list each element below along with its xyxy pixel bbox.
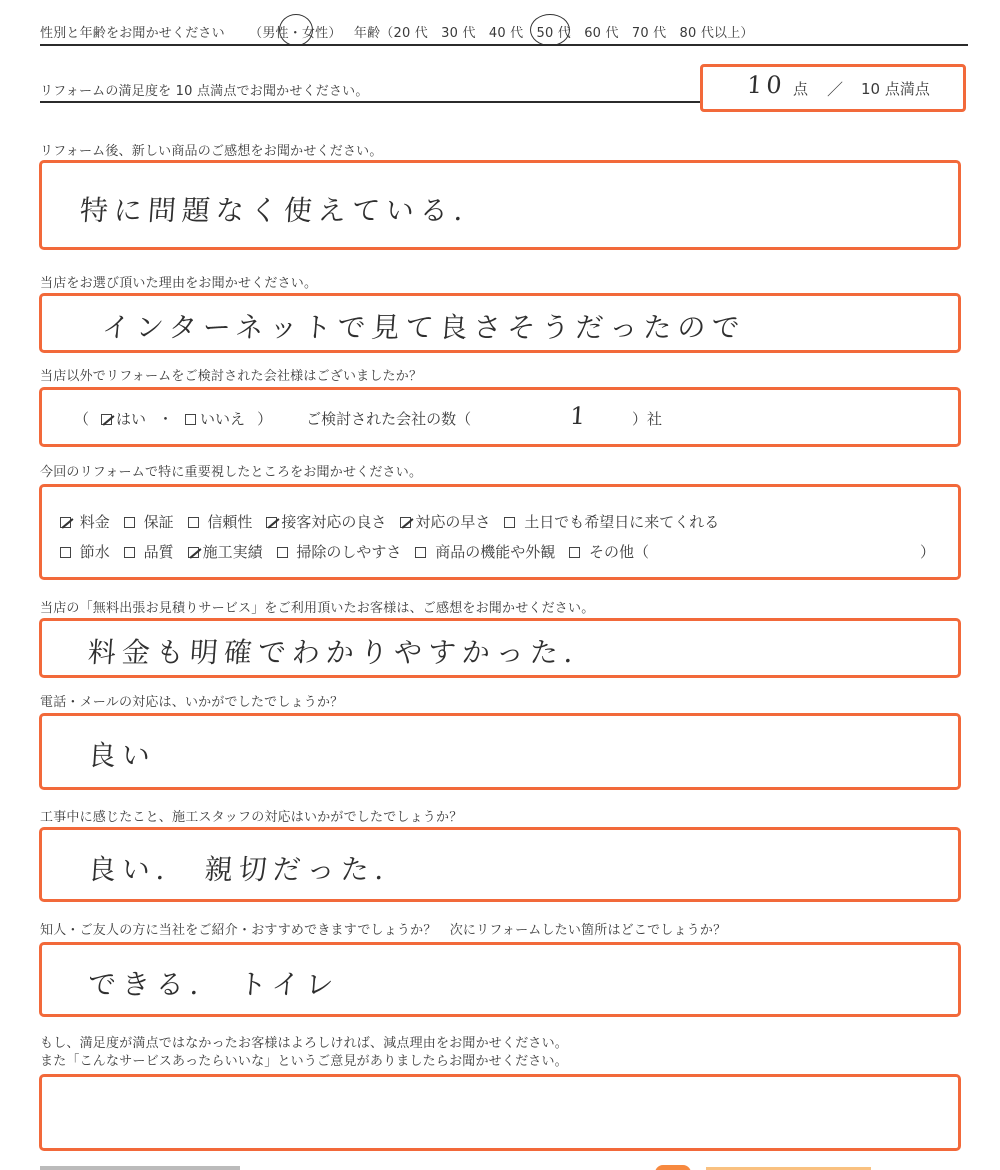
gender-selected-circle	[279, 14, 313, 46]
priority-option[interactable]: 接客対応の良さ	[266, 511, 386, 532]
other-close-paren: ）	[920, 541, 935, 562]
company-count-label: ご検討された会社の数（	[306, 408, 471, 429]
construction-label: 工事中に感じたこと、施工スタッフの対応はいかがでしたでしょうか？	[40, 806, 462, 825]
reason-label: 当店をお選び頂いた理由をお聞かせください。	[40, 272, 317, 291]
no-option[interactable]: いいえ	[185, 408, 245, 429]
priority-option[interactable]: 保証	[124, 511, 174, 532]
contact-answer: 良い	[87, 734, 158, 774]
gender-age-label: 性別と年齢をお聞かせください	[40, 26, 225, 41]
construction-answer: 良い. 親切だった.	[87, 848, 392, 888]
recommend-answer-box[interactable]: できる. トイレ	[39, 942, 961, 1017]
priorities-label: 今回のリフォームで特に重要視したところをお聞かせください。	[40, 461, 422, 480]
reason-answer: インターネットで見て良さそうだったので	[101, 306, 747, 346]
company-count-suffix: ）社	[632, 408, 662, 429]
checkbox[interactable]	[569, 547, 580, 558]
construction-answer-box[interactable]: 良い. 親切だった.	[39, 827, 961, 902]
checkbox[interactable]	[277, 547, 288, 558]
impression-answer-box[interactable]: 特に問題なく使えている.	[39, 160, 961, 250]
score-unit: 点	[793, 78, 808, 99]
checkbox[interactable]	[124, 517, 135, 528]
priority-option[interactable]: 商品の機能や外観	[415, 541, 555, 562]
satisfaction-label: リフォームの満足度を 10 点満点でお聞かせください。	[40, 80, 369, 99]
score-separator: ／	[827, 77, 843, 100]
priorities-box: 料金 保証 信頼性 接客対応の良さ 対応の早さ 土日でも希望日に来てくれる 節水…	[39, 484, 961, 580]
checkbox[interactable]	[188, 517, 199, 528]
checkbox[interactable]	[415, 547, 426, 558]
yes-checkbox[interactable]	[101, 414, 112, 425]
checkbox-checked[interactable]	[400, 517, 411, 528]
feedback-label-line2: また「こんなサービスあったらいいな」というご意見がありましたらお聞かせください。	[40, 1050, 568, 1069]
recommend-label: 知人・ご友人の方に当社をご紹介・おすすめできますでしょうか？ 次にリフォームした…	[40, 919, 726, 938]
priority-option-other[interactable]: その他（	[569, 541, 649, 562]
age-selected-circle	[530, 14, 570, 46]
gender-age-question: 性別と年齢をお聞かせください （男性・女性） 年齢（20 代 30 代 40 代…	[40, 22, 754, 41]
paren-open: （	[74, 408, 89, 429]
priority-option[interactable]: 品質	[124, 541, 174, 562]
paren-close: ）	[257, 408, 272, 429]
underline-rule	[40, 101, 700, 103]
other-companies-label: 当店以外でリフォームをご検討された会社様はございましたか？	[40, 365, 422, 384]
checkbox-checked[interactable]	[188, 547, 199, 558]
priority-option[interactable]: 節水	[60, 541, 110, 562]
checkbox[interactable]	[504, 517, 515, 528]
feedback-answer-box[interactable]	[39, 1074, 961, 1151]
contact-label: 電話・メールの対応は、いかがでしたでしょうか？	[40, 691, 343, 710]
recommend-answer: できる. トイレ	[87, 963, 341, 1003]
checkbox-checked[interactable]	[266, 517, 277, 528]
estimate-answer-box[interactable]: 料金も明確でわかりやすかった.	[39, 618, 961, 678]
no-checkbox[interactable]	[185, 414, 196, 425]
other-companies-box: （ はい ・ いいえ ） ご検討された会社の数（ 1 ）社	[39, 387, 961, 447]
no-label: いいえ	[200, 410, 245, 428]
priority-option[interactable]: 掃除のしやすさ	[277, 541, 402, 562]
satisfaction-score-box[interactable]: 10 点 ／ 10 点満点	[700, 64, 966, 112]
priority-option[interactable]: 料金	[60, 511, 110, 532]
estimate-answer: 料金も明確でわかりやすかった.	[87, 631, 581, 671]
contact-answer-box[interactable]: 良い	[39, 713, 961, 790]
underline-rule	[40, 44, 968, 46]
score-max-label: 10 点満点	[861, 78, 930, 99]
estimate-label: 当店の「無料出張お見積りサービス」をご利用頂いたお客様は、ご感想をお聞かせくださ…	[40, 597, 594, 616]
priority-option[interactable]: 土日でも希望日に来てくれる	[504, 511, 719, 532]
priority-option[interactable]: 施工実績	[188, 541, 263, 562]
priority-option[interactable]: 信頼性	[188, 511, 253, 532]
impression-answer: 特に問題なく使えている.	[79, 189, 471, 229]
footer-text-fragment	[40, 1166, 240, 1170]
yes-label: はい	[116, 410, 146, 428]
checkbox[interactable]	[60, 547, 71, 558]
satisfaction-score-value: 10	[746, 71, 787, 99]
dot-separator: ・	[158, 408, 173, 429]
logo-icon	[655, 1165, 691, 1170]
checkbox-checked[interactable]	[60, 517, 71, 528]
priority-option[interactable]: 対応の早さ	[400, 511, 490, 532]
yes-option[interactable]: はい	[101, 408, 146, 429]
feedback-label-line1: もし、満足度が満点ではなかったお客様はよろしければ、減点理由をお聞かせください。	[40, 1032, 568, 1051]
company-count-value: 1	[569, 402, 592, 430]
checkbox[interactable]	[124, 547, 135, 558]
impression-label: リフォーム後、新しい商品のご感想をお聞かせください。	[40, 140, 383, 159]
reason-answer-box[interactable]: インターネットで見て良さそうだったので	[39, 293, 961, 353]
